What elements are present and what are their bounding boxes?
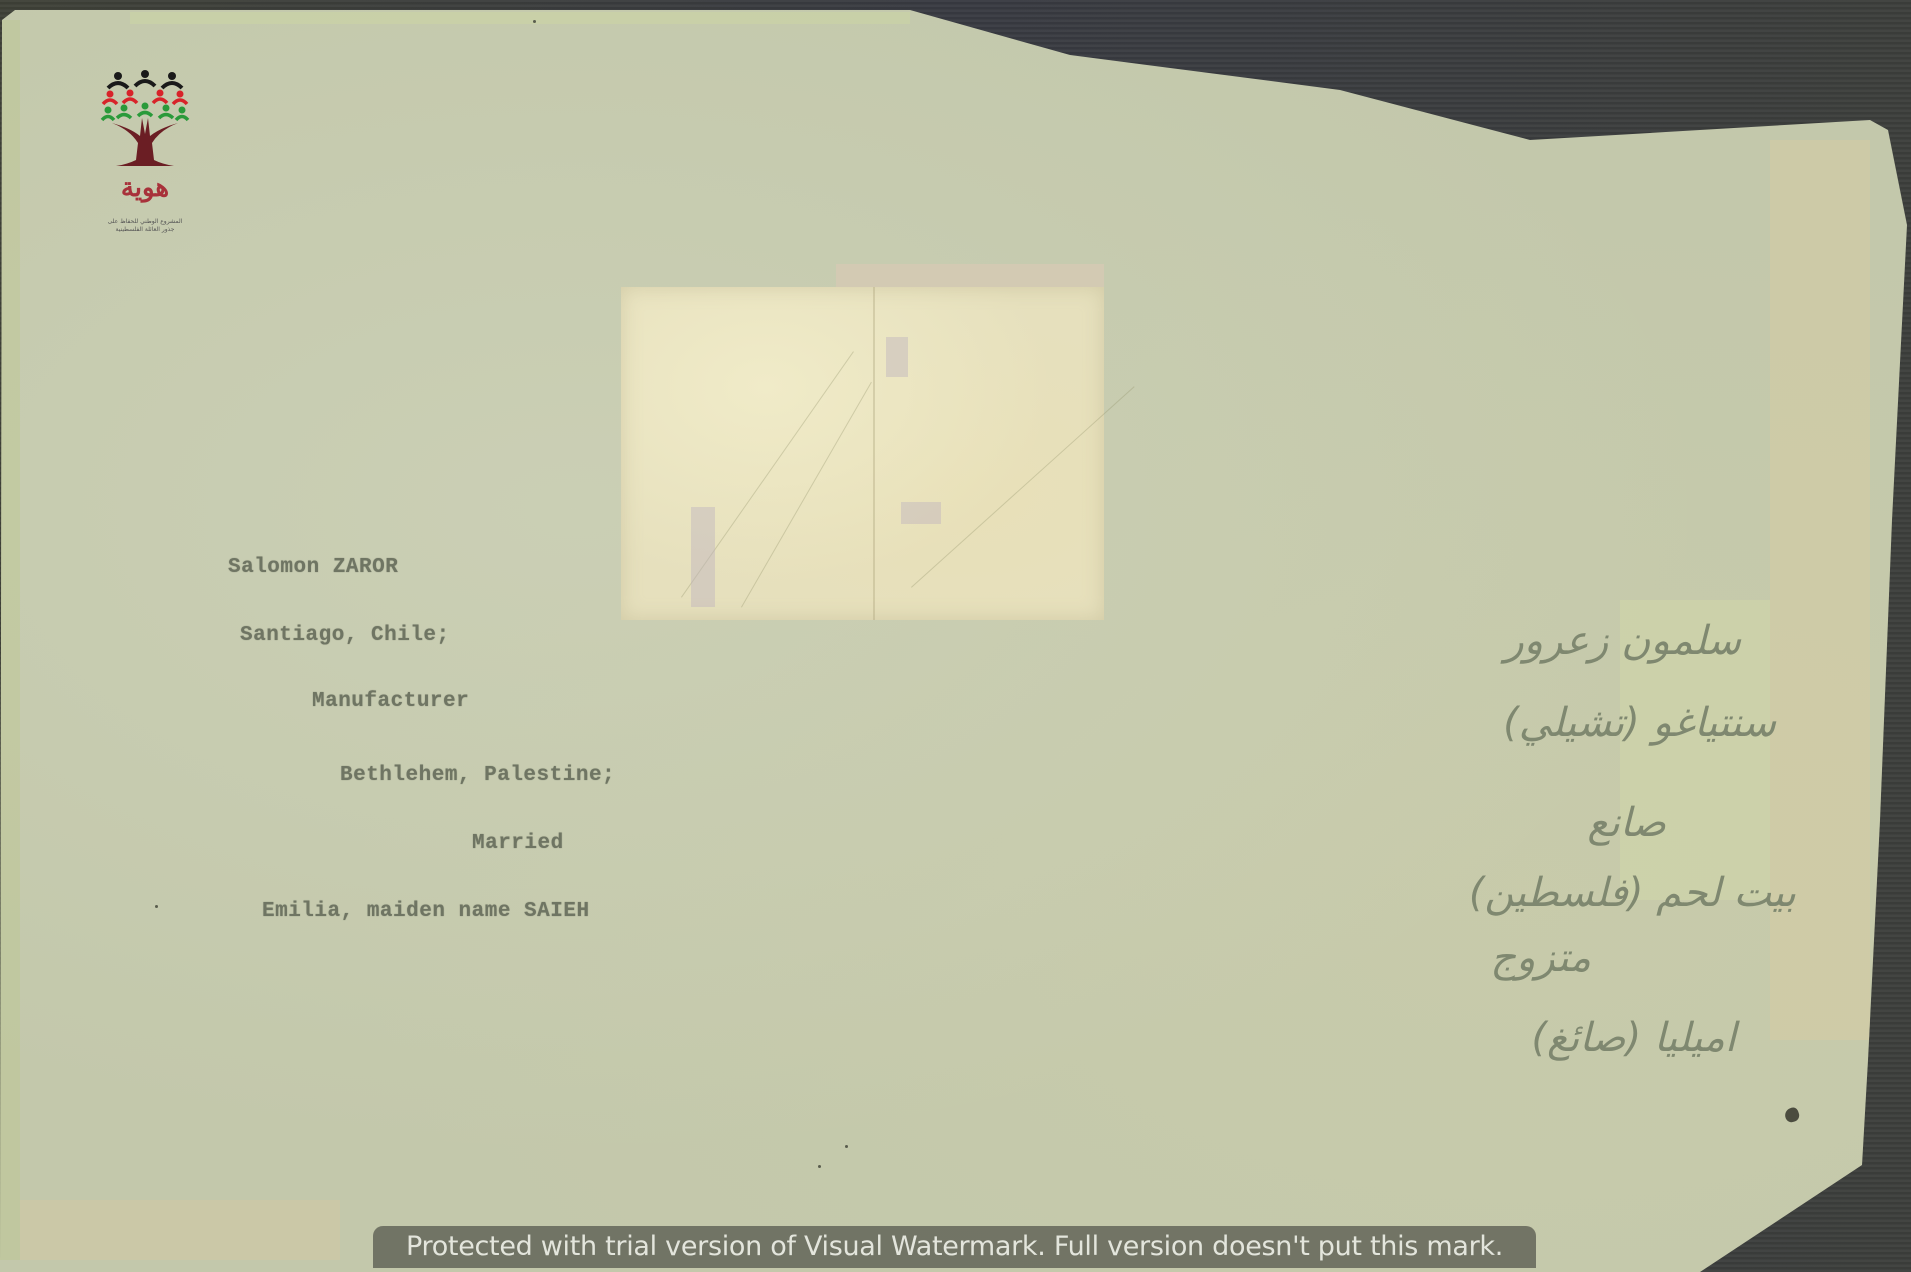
stamp-perforation	[873, 287, 875, 620]
stamp-ink-mark	[886, 337, 908, 377]
record-occupation: Manufacturer	[312, 690, 469, 713]
record-birthplace: Bethlehem, Palestine;	[340, 764, 615, 787]
hawiya-logo: هوية المشروع الوطني للحفاظ على جذور العا…	[100, 68, 190, 243]
record-marital-status: Married	[472, 832, 564, 855]
stamp-ink-mark	[691, 507, 715, 607]
handwritten-name: سلمون زعرور	[1504, 618, 1741, 664]
ink-speck	[533, 20, 536, 23]
handwritten-residence: سنتياغو (تشيلي)	[1503, 700, 1776, 746]
handwritten-birthplace: بيت لحم (فلسطين)	[1469, 870, 1796, 916]
color-artifact	[20, 1200, 340, 1260]
ink-speck	[845, 1145, 848, 1148]
family-tree-icon	[100, 68, 190, 173]
record-spouse: Emilia, maiden name SAIEH	[262, 900, 590, 923]
logo-subtitle-line-2: جذور العائلة الفلسطينية	[100, 226, 190, 234]
logo-wordmark: هوية	[100, 173, 190, 203]
logo-subtitle-line-1: المشروع الوطني للحفاظ على	[100, 218, 190, 226]
cancellation-line	[911, 386, 1135, 587]
color-artifact	[130, 12, 910, 24]
logo-subtitle: المشروع الوطني للحفاظ على جذور العائلة ا…	[100, 218, 190, 234]
ink-speck	[155, 905, 158, 908]
ink-speck	[818, 1165, 821, 1168]
record-residence: Santiago, Chile;	[240, 624, 450, 647]
stamp-ink-mark	[901, 502, 941, 524]
handwritten-marital-status: متزوج	[1490, 935, 1591, 981]
trial-watermark: Protected with trial version of Visual W…	[373, 1226, 1536, 1268]
handwritten-spouse: اميليا (صائغ)	[1531, 1015, 1736, 1061]
handwritten-occupation: صانع	[1587, 800, 1666, 846]
revenue-stamp	[621, 287, 1104, 620]
color-artifact	[0, 20, 20, 1260]
record-name: Salomon ZAROR	[228, 556, 398, 579]
